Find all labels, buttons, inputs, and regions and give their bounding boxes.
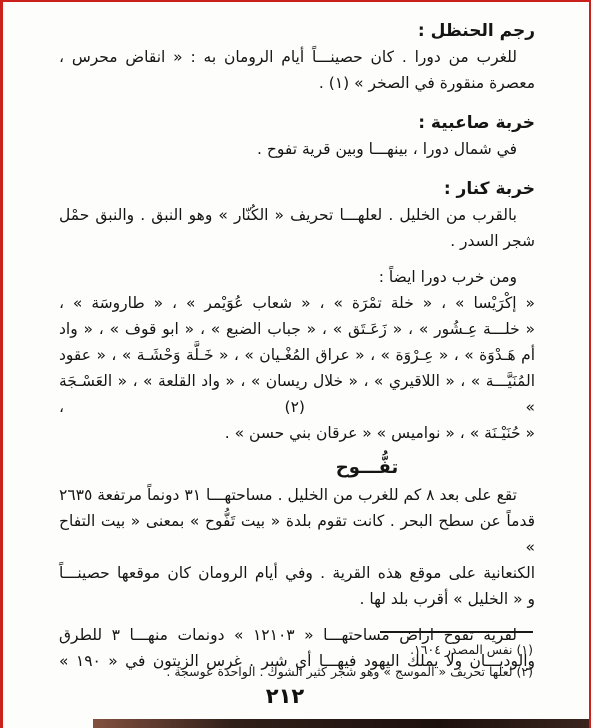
footnote-separator [380, 631, 533, 633]
section-heading-rujm-al-hanzal: رجم الحنظل : [59, 18, 535, 44]
paragraph-line: شجر السدر . [59, 228, 535, 254]
paragraph-line: قدماً عن سطح البحر . كانت تقوم بلدة « بي… [59, 508, 535, 560]
ruins-list-line: المُنَيَّـــة » ، « اللاقيري » ، « خلال … [59, 368, 535, 420]
ruins-list-line: « إكْرَيْسا » ، « خلة تمْرَة » ، « شعاب … [59, 290, 535, 316]
section-heading-khirbat-kinar: خربة كنار : [59, 176, 535, 202]
paragraph-line: معصرة منقورة في الصخر » (١) . [59, 70, 535, 96]
paragraph-line: الكنعانية على موقع هذه القرية . وفي أيام… [59, 560, 535, 586]
paragraph-line: و « الخليل » أقرب بلد لها . [59, 586, 535, 612]
paragraph-line: بالقرب من الخليل . لعلهـــا تحريف « الكُ… [59, 202, 535, 228]
footnotes-block: (١) نفس المصدر ١٦٠٤. (٢) لعلها تحريف « ا… [59, 639, 533, 683]
section-heading-taffuh: تفُّـــوح [129, 454, 591, 482]
ruins-list-line: « حُنَيْـنَة » ، « نواميس » « عرقان بني … [59, 420, 535, 446]
scan-bottom-bar [93, 719, 589, 728]
ruins-list-line: أم هَـدْوَة » ، « عِـرْوَة » ، « عراق ال… [59, 342, 535, 368]
paragraph-line: في شمال دورا ، بينهـــا وبين قرية تفوح . [59, 136, 535, 162]
paragraph-line: للغرب من دورا . كان حصينـــاً أيام الروم… [59, 44, 535, 70]
paragraph-line: تقع على بعد ٨ كم للغرب من الخليل . مساحت… [59, 482, 535, 508]
page-content: رجم الحنظل : للغرب من دورا . كان حصينـــ… [3, 2, 589, 674]
ruins-list-intro: ومن خرب دورا ايضاً : [59, 264, 535, 290]
ruins-list-line: « خلـــة عِـشُور » ، « زَعَـتَق » ، « جب… [59, 316, 535, 342]
vertical-spacer [59, 612, 535, 622]
page-number: ٢١٢ [3, 684, 567, 708]
footnote-1: (١) نفس المصدر ١٦٠٤. [59, 639, 533, 661]
scanned-book-page: رجم الحنظل : للغرب من دورا . كان حصينـــ… [0, 0, 591, 728]
vertical-spacer [59, 254, 535, 264]
footnote-2: (٢) لعلها تحريف « الموسج » وهو شجر كثير … [59, 661, 533, 683]
section-heading-khirbat-saibiya: خربة صاعبية : [59, 110, 535, 136]
